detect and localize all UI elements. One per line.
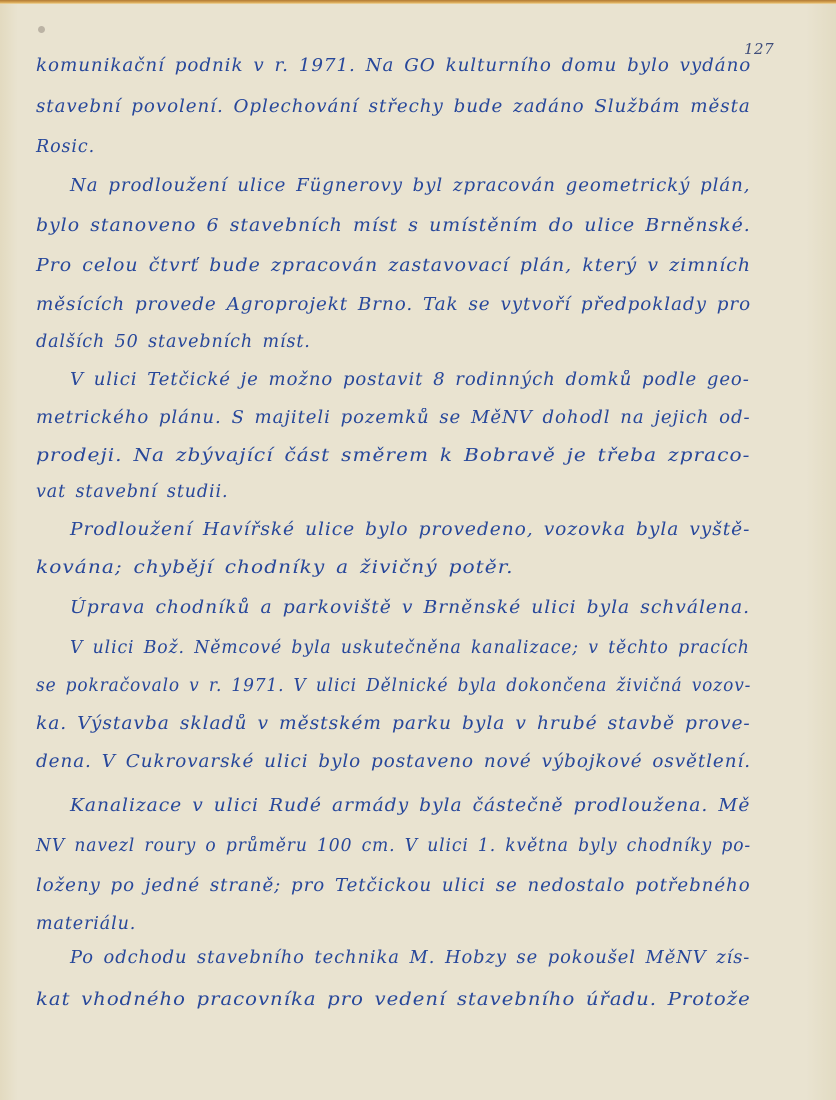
text-line: materiálu. <box>36 914 136 934</box>
paragraph-start-line: V ulici Bož. Němcové byla uskutečněna ka… <box>70 638 750 658</box>
paragraph-start-line: Prodloužení Havířské ulice bylo proveden… <box>70 520 750 540</box>
text-line: stavební povolení. Oplechování střechy b… <box>36 97 751 117</box>
text-line: Pro celou čtvrť bude zpracován zastavova… <box>36 256 751 276</box>
text-line: se pokračovalo v r. 1971. V ulici Dělnic… <box>36 676 751 696</box>
paragraph-start-line: Kanalizace v ulici Rudé armády byla část… <box>70 796 750 816</box>
text-line: prodeji. Na zbývající část směrem k Bobr… <box>36 446 750 466</box>
paragraph-start-line: V ulici Tetčické je možno postavit 8 rod… <box>70 370 750 390</box>
text-line: měsících provede Agroprojekt Brno. Tak s… <box>36 295 751 315</box>
text-line: vat stavební studii. <box>36 482 228 502</box>
text-line: NV navezl roury o průměru 100 cm. V ulic… <box>36 836 751 856</box>
text-line: kat vhodného pracovníka pro vedení stave… <box>36 990 751 1010</box>
text-line: loženy po jedné straně; pro Tetčickou ul… <box>36 876 751 896</box>
text-line: ka. Výstavba skladů v městském parku byl… <box>36 714 751 734</box>
paragraph-start-line: Na prodloužení ulice Fügnerovy byl zprac… <box>70 176 750 196</box>
text-line: komunikační podnik v r. 1971. Na GO kult… <box>36 56 751 76</box>
paragraph-start-line: Úprava chodníků a parkoviště v Brněnské … <box>70 598 750 618</box>
text-line: metrického plánu. S majiteli pozemků se … <box>36 408 751 428</box>
ink-smudge <box>38 26 45 33</box>
notebook-page: 127 komunikační podnik v r. 1971. Na GO … <box>0 0 836 1100</box>
text-line: bylo stanoveno 6 stavebních míst s umíst… <box>36 216 751 236</box>
text-line: Rosic. <box>36 137 95 157</box>
page-top-edge <box>0 0 836 4</box>
paragraph-start-line: Po odchodu stavebního technika M. Hobzy … <box>70 948 750 968</box>
text-line: dena. V Cukrovarské ulici bylo postaveno… <box>36 752 751 772</box>
text-line: kována; chybějí chodníky a živičný potěr… <box>36 558 514 578</box>
text-line: dalších 50 stavebních míst. <box>36 332 311 352</box>
